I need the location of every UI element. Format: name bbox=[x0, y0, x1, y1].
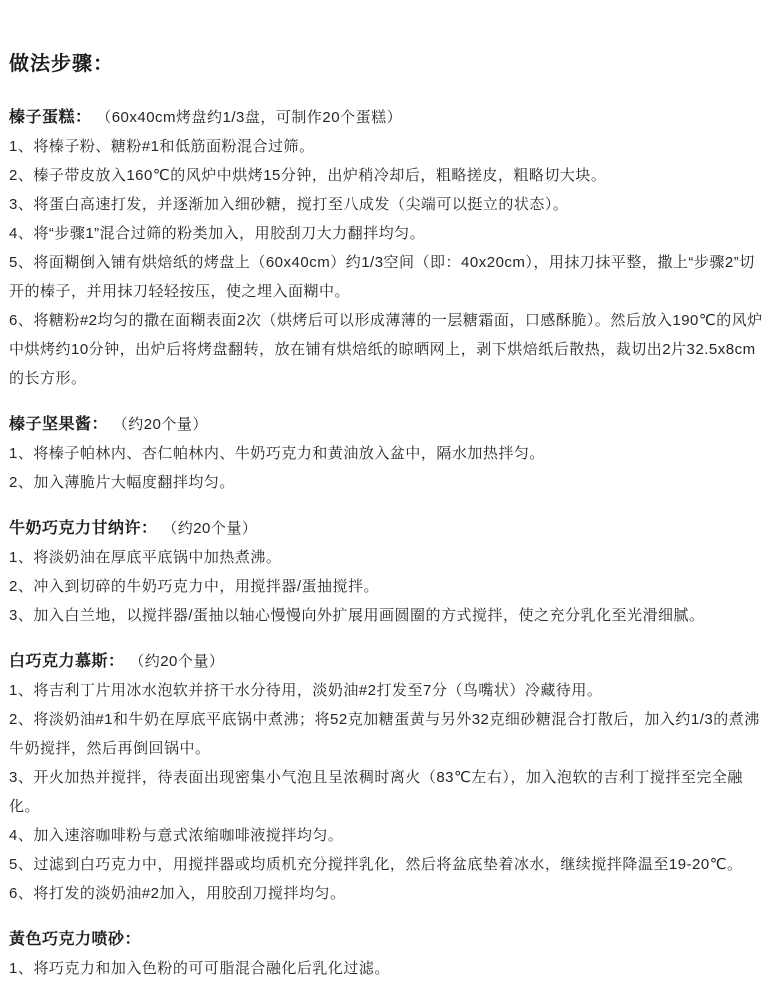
recipe-step: 6、将打发的淡奶油#2加入，用胶刮刀搅拌均匀。 bbox=[9, 879, 770, 908]
recipe-section: 榛子蛋糕： （60x40cm烤盘约1/3盘，可制作20个蛋糕） 1、将榛子粉、糖… bbox=[9, 103, 770, 393]
section-name: 榛子蛋糕： bbox=[9, 109, 92, 126]
sections-container: 榛子蛋糕： （60x40cm烤盘约1/3盘，可制作20个蛋糕） 1、将榛子粉、糖… bbox=[9, 103, 770, 983]
section-note: （约20个量） bbox=[162, 520, 257, 537]
recipe-step: 2、冲入到切碎的牛奶巧克力中，用搅拌器/蛋抽搅拌。 bbox=[9, 572, 770, 601]
section-name: 牛奶巧克力甘纳许： bbox=[9, 520, 158, 537]
section-steps: 1、将吉利丁片用冰水泡软并挤干水分待用，淡奶油#2打发至7分（鸟嘴状）冷藏待用。… bbox=[9, 676, 770, 908]
section-name: 榛子坚果酱： bbox=[9, 416, 108, 433]
section-heading: 榛子蛋糕： （60x40cm烤盘约1/3盘，可制作20个蛋糕） bbox=[9, 103, 770, 132]
section-note: （约20个量） bbox=[113, 416, 208, 433]
recipe-section: 牛奶巧克力甘纳许： （约20个量） 1、将淡奶油在厚底平底锅中加热煮沸。2、冲入… bbox=[9, 514, 770, 630]
section-steps: 1、将淡奶油在厚底平底锅中加热煮沸。2、冲入到切碎的牛奶巧克力中，用搅拌器/蛋抽… bbox=[9, 543, 770, 630]
recipe-step: 1、将榛子粉、糖粉#1和低筋面粉混合过筛。 bbox=[9, 132, 770, 161]
recipe-step: 3、加入白兰地，以搅拌器/蛋抽以轴心慢慢向外扩展用画圆圈的方式搅拌，使之充分乳化… bbox=[9, 601, 770, 630]
recipe-section: 白巧克力慕斯： （约20个量） 1、将吉利丁片用冰水泡软并挤干水分待用，淡奶油#… bbox=[9, 647, 770, 908]
section-steps: 1、将榛子帕林内、杏仁帕林内、牛奶巧克力和黄油放入盆中，隔水加热拌匀。2、加入薄… bbox=[9, 439, 770, 497]
recipe-step: 1、将吉利丁片用冰水泡软并挤干水分待用，淡奶油#2打发至7分（鸟嘴状）冷藏待用。 bbox=[9, 676, 770, 705]
section-note: （约20个量） bbox=[129, 653, 224, 670]
section-name: 白巧克力慕斯： bbox=[9, 653, 125, 670]
recipe-step: 1、将巧克力和加入色粉的可可脂混合融化后乳化过滤。 bbox=[9, 954, 770, 983]
recipe-step: 2、将淡奶油#1和牛奶在厚底平底锅中煮沸；将52克加糖蛋黄与另外32克细砂糖混合… bbox=[9, 705, 770, 763]
recipe-step: 6、将糖粉#2均匀的撒在面糊表面2次（烘烤后可以形成薄薄的一层糖霜面，口感酥脆）… bbox=[9, 306, 770, 393]
recipe-step: 3、将蛋白高速打发，并逐渐加入细砂糖，搅打至八成发（尖端可以挺立的状态）。 bbox=[9, 190, 770, 219]
section-steps: 1、将榛子粉、糖粉#1和低筋面粉混合过筛。2、榛子带皮放入160℃的风炉中烘烤1… bbox=[9, 132, 770, 393]
section-heading: 榛子坚果酱： （约20个量） bbox=[9, 410, 770, 439]
section-note: （60x40cm烤盘约1/3盘，可制作20个蛋糕） bbox=[96, 109, 402, 126]
section-steps: 1、将巧克力和加入色粉的可可脂混合融化后乳化过滤。 bbox=[9, 954, 770, 983]
section-heading: 白巧克力慕斯： （约20个量） bbox=[9, 647, 770, 676]
recipe-step: 5、过滤到白巧克力中，用搅拌器或均质机充分搅拌乳化，然后将盆底垫着冰水，继续搅拌… bbox=[9, 850, 770, 879]
section-heading: 牛奶巧克力甘纳许： （约20个量） bbox=[9, 514, 770, 543]
recipe-step: 2、榛子带皮放入160℃的风炉中烘烤15分钟，出炉稍冷却后，粗略搓皮，粗略切大块… bbox=[9, 161, 770, 190]
recipe-document: 做法步骤： 榛子蛋糕： （60x40cm烤盘约1/3盘，可制作20个蛋糕） 1、… bbox=[0, 50, 780, 983]
recipe-step: 1、将淡奶油在厚底平底锅中加热煮沸。 bbox=[9, 543, 770, 572]
recipe-step: 3、开火加热并搅拌，待表面出现密集小气泡且呈浓稠时离火（83℃左右），加入泡软的… bbox=[9, 763, 770, 821]
recipe-step: 1、将榛子帕林内、杏仁帕林内、牛奶巧克力和黄油放入盆中，隔水加热拌匀。 bbox=[9, 439, 770, 468]
section-heading: 黃色巧克力喷砂： bbox=[9, 925, 770, 954]
recipe-step: 2、加入薄脆片大幅度翻拌均匀。 bbox=[9, 468, 770, 497]
page-title: 做法步骤： bbox=[9, 50, 770, 79]
section-name: 黃色巧克力喷砂： bbox=[9, 931, 141, 948]
recipe-section: 黃色巧克力喷砂： 1、将巧克力和加入色粉的可可脂混合融化后乳化过滤。 bbox=[9, 925, 770, 983]
recipe-section: 榛子坚果酱： （约20个量） 1、将榛子帕林内、杏仁帕林内、牛奶巧克力和黄油放入… bbox=[9, 410, 770, 497]
recipe-step: 4、将“步骤1”混合过筛的粉类加入，用胶刮刀大力翻拌均匀。 bbox=[9, 219, 770, 248]
recipe-step: 4、加入速溶咖啡粉与意式浓缩咖啡液搅拌均匀。 bbox=[9, 821, 770, 850]
recipe-step: 5、将面糊倒入铺有烘焙纸的烤盘上（60x40cm）约1/3空间（即：40x20c… bbox=[9, 248, 770, 306]
